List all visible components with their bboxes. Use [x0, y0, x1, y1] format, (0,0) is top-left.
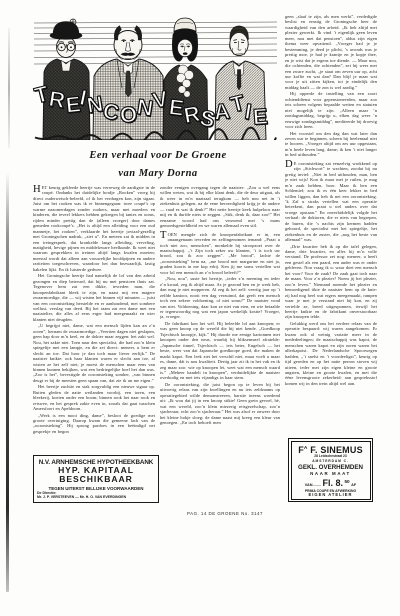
- ad-sinemus-inner-border: FA F. SINEMUS 28 Leidschestraat 23 AMSTE…: [291, 441, 371, 500]
- ad-sinemus-address2: AMSTERDAM C.: [292, 459, 370, 463]
- story-title: Een verhaal voor De Groene van Mary Dorn…: [36, 147, 280, 182]
- figure-woman-with-hat: [163, 18, 208, 140]
- scan-artifact: [6, 172, 9, 592]
- story-title-line1: Een verhaal voor De Groene: [36, 147, 280, 165]
- text-column-1: HET keurig gekleede heertje was verreweg…: [33, 185, 155, 450]
- figure-heavy-man-moustache: [93, 26, 164, 141]
- story-paragraph: DE oorontsteking zat eenzelvig wrokkend …: [285, 161, 377, 243]
- price-cents: 50: [345, 479, 350, 484]
- story-paragraph: Hij opperde de instelling van een soort …: [285, 91, 377, 129]
- story-paragraph: De oorontsteking, die juist begon op te …: [160, 382, 280, 426]
- ad-sinemus: FA F. SINEMUS 28 Leidschestraat 23 AMSTE…: [288, 438, 373, 502]
- ad-arnhemsche-hypotheekbank: N.V. ARNHEMSCHE HYPOTHEEKBANK HYP. KAPIT…: [33, 455, 159, 503]
- magazine-page: TREINCONVERSATIE Een verhaal voor De Gro…: [0, 0, 400, 616]
- story-paragraph: „Drie kwartier heb ik op die tafel geleg…: [285, 244, 377, 320]
- story-paragraph: „Nou, nou”, suste het heertje, „ieder z’…: [160, 276, 280, 320]
- story-paragraph: „U begrijpt niet, dame, wat een mensch l…: [33, 323, 155, 383]
- ad-bank-line5: Mr. J. P. VERSTEEVEN — Mr. H. O. VAN EVE…: [34, 495, 158, 499]
- ad-sinemus-note2: EIGEN ATELIER: [292, 493, 370, 498]
- story-paragraph: Het Groningsche heertje had namelijk de …: [33, 273, 155, 322]
- price-suffix: AF: [351, 483, 356, 487]
- drop-cap: T: [160, 232, 168, 241]
- story-title-line2: van Mary Dorna: [36, 165, 280, 183]
- drop-cap: D: [285, 161, 294, 170]
- illustration-drawing: [33, 14, 278, 140]
- ad-bank-line2: BESCHIKBAAR: [34, 475, 158, 484]
- scan-artifact: [8, 28, 10, 148]
- story-paragraph: HET keurig gekleede heertje was verreweg…: [33, 185, 155, 272]
- ad-sinemus-product1: GEKL. OVERHEMDEN: [292, 464, 370, 471]
- price-amount: Fl. 8.: [322, 478, 343, 488]
- story-paragraph: TOEN mengde zich de knoopenfabrikant er …: [160, 232, 280, 276]
- ad-sinemus-price: VAN........ Fl. 8. 50 AF: [292, 478, 370, 488]
- story-paragraph: „Werk is een mooi ding, dame”, besloot d…: [33, 413, 155, 435]
- price-prefix: VAN........: [305, 483, 321, 487]
- page-footer: PAG. 14 DE GROENE No. 3147: [160, 511, 290, 516]
- text-column-3: geen „slaaf te zijn, als men werkt”, ver…: [285, 14, 377, 426]
- story-paragraph: De fabrikant kon het wél. Hij beleefde l…: [160, 321, 280, 381]
- story-paragraph: zonder eenigen overgang tegen de naaiste…: [160, 185, 280, 229]
- text-column-2: zonder eenigen overgang tegen de naaiste…: [160, 185, 280, 483]
- figure-man-bowler-hat: [43, 22, 90, 141]
- figure-thin-man: [215, 26, 266, 140]
- story-paragraph: geen „slaaf te zijn, als men werkt”, ver…: [285, 14, 377, 90]
- drop-cap: H: [33, 185, 42, 194]
- story-paragraph: Het heertje zuchtte en stak zorgvuldig e…: [33, 384, 155, 411]
- train-passengers-illustration: TREINCONVERSATIE: [33, 14, 278, 140]
- story-paragraph: Gelukkig werd ons het verdere relaas van…: [285, 321, 377, 386]
- story-paragraph: Het voorstel om den dag dan wat later da…: [285, 131, 377, 158]
- ad-sinemus-product2: NAAR MAAT: [292, 471, 370, 476]
